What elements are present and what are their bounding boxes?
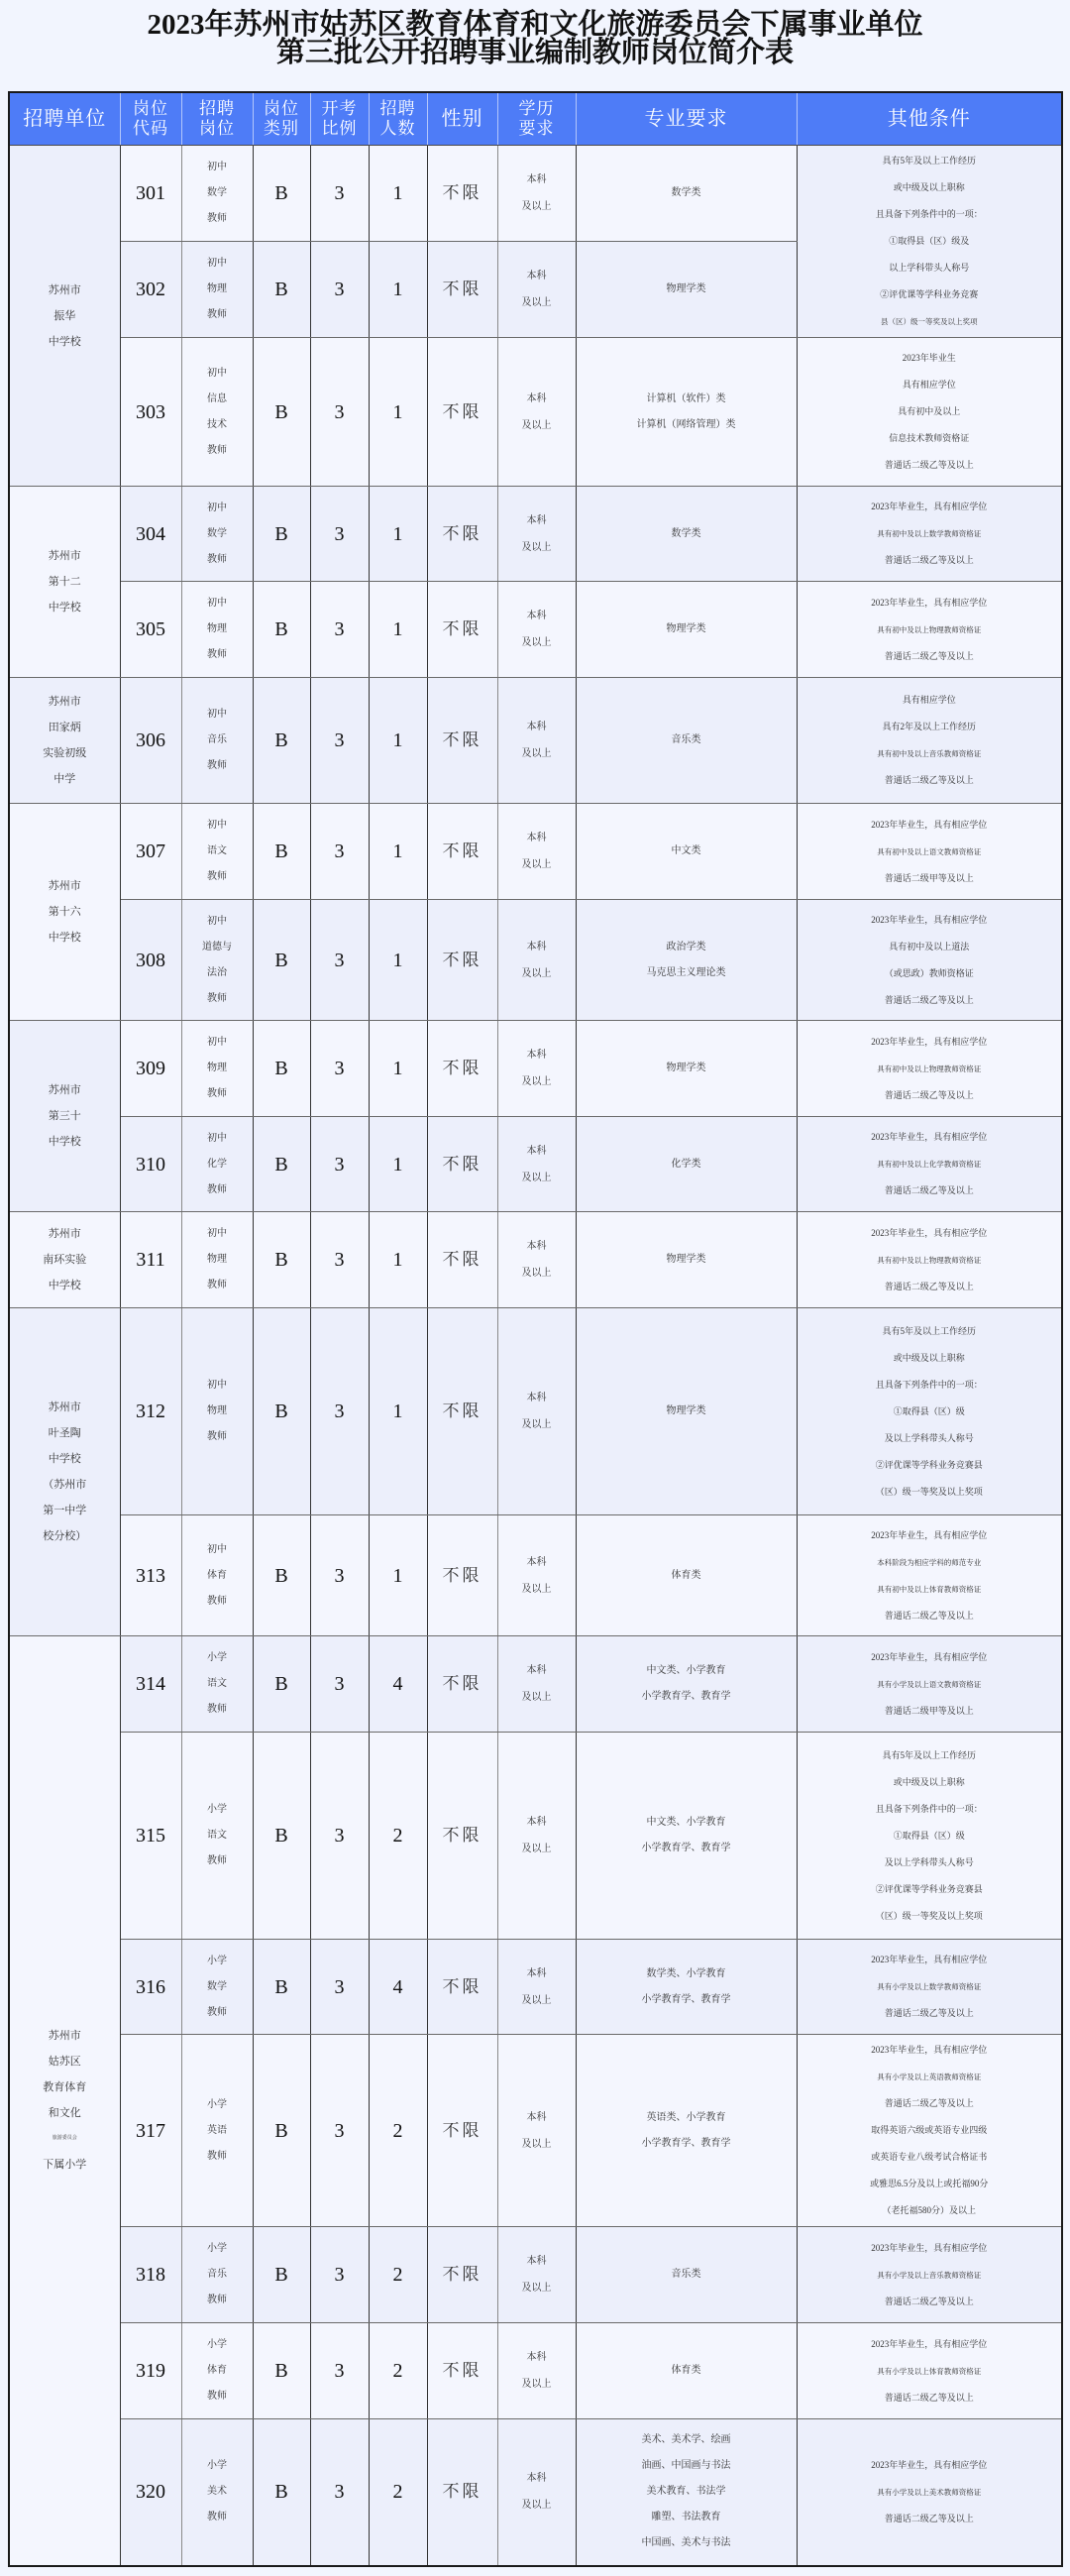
hire-count-cell: 1: [369, 1515, 427, 1636]
post-name-line: 小学: [182, 2092, 253, 2118]
post-code-cell: 312: [120, 1308, 181, 1515]
unit-name-line: 振华: [10, 303, 120, 329]
post-category-cell: B: [253, 2227, 310, 2323]
gender-cell: 不限: [427, 1212, 497, 1308]
exam-ratio-cell: 3: [310, 1117, 369, 1212]
major-line: 物理学类: [577, 277, 797, 302]
gender-cell: 不限: [427, 338, 497, 487]
post-name-cell: 小学语文教师: [181, 1733, 253, 1940]
header-unit: 招聘单位: [9, 92, 120, 146]
hire-count-cell: 1: [369, 1117, 427, 1212]
major-line: 音乐类: [577, 2262, 797, 2288]
post-name-line: 初中: [182, 1221, 253, 1247]
unit-name-line: （苏州市: [10, 1472, 120, 1498]
post-code-cell: 310: [120, 1117, 181, 1212]
post-category-cell: B: [253, 2035, 310, 2227]
hire-count-cell: 1: [369, 1021, 427, 1117]
condition-line: （区）级一等奖及以上奖项: [798, 1479, 1062, 1506]
other-conditions-cell: 2023年毕业生，具有相应学位具有初中及以上物理教师资格证普通话二级乙等及以上: [797, 582, 1062, 678]
education-cell: 本科及以上: [497, 338, 576, 487]
condition-line: ②评优课等学科业务竞赛县: [798, 1452, 1062, 1479]
post-name-line: 初中: [182, 591, 253, 616]
condition-line: 具有相应学位: [798, 372, 1062, 398]
major-cell: 体育类: [576, 2323, 797, 2419]
header-label: 学历: [498, 99, 576, 119]
condition-line: 普通话二级甲等及以上: [798, 865, 1062, 892]
major-cell: 物理学类: [576, 1021, 797, 1117]
condition-line: 及以上学科带头人称号: [798, 1425, 1062, 1452]
education-line: 本科: [498, 2465, 576, 2492]
condition-line: 具有初中及以上数学教师资格证: [798, 520, 1062, 547]
gender-cell: 不限: [427, 2227, 497, 2323]
major-cell: 物理学类: [576, 242, 797, 338]
condition-line: 普通话二级乙等及以上: [798, 547, 1062, 574]
post-name-line: 教师: [182, 1589, 253, 1615]
major-line: 体育类: [577, 2358, 797, 2384]
condition-line: 普通话二级乙等及以上: [798, 2506, 1062, 2532]
hire-count-cell: 4: [369, 1636, 427, 1733]
post-name-cell: 小学美术教师: [181, 2419, 253, 2566]
unit-name-line: 苏州市: [10, 689, 120, 715]
table-row: 苏州市第三十中学校309初中物理教师B31不限本科及以上物理学类2023年毕业生…: [9, 1021, 1062, 1117]
condition-line: ①取得县（区）级及: [798, 228, 1062, 255]
condition-line: 2023年毕业生，具有相应学位: [798, 590, 1062, 616]
education-cell: 本科及以上: [497, 146, 576, 242]
recruiting-unit-cell: 苏州市田家炳实验初级中学: [9, 678, 120, 804]
other-conditions-cell: 2023年毕业生，具有相应学位具有小学及以上语文教师资格证普通话二级甲等及以上: [797, 1636, 1062, 1733]
condition-line: 具有5年及以上工作经历: [798, 148, 1062, 174]
education-cell: 本科及以上: [497, 2419, 576, 2566]
gender-cell: 不限: [427, 1733, 497, 1940]
condition-line: 2023年毕业生，具有相应学位: [798, 1029, 1062, 1056]
post-name-line: 信息: [182, 387, 253, 412]
post-category-cell: B: [253, 1021, 310, 1117]
condition-line: （老托福580分）及以上: [798, 2197, 1062, 2224]
post-category-cell: B: [253, 582, 310, 678]
condition-line: 普通话二级甲等及以上: [798, 1698, 1062, 1725]
gender-cell: 不限: [427, 1021, 497, 1117]
condition-line: 取得英语六级或英语专业四级: [798, 2117, 1062, 2144]
post-code-cell: 314: [120, 1636, 181, 1733]
hire-count-cell: 1: [369, 1308, 427, 1515]
header-label: 其他条件: [798, 109, 1062, 129]
post-name-line: 教师: [182, 1424, 253, 1450]
major-line: 数学类、小学教育: [577, 1961, 797, 1987]
education-line: 及以上: [498, 193, 576, 220]
table-row: 苏州市第十二中学校304初中数学教师B31不限本科及以上数学类2023年毕业生，…: [9, 487, 1062, 582]
condition-line: 2023年毕业生: [798, 345, 1062, 372]
gender-cell: 不限: [427, 146, 497, 242]
exam-ratio-cell: 3: [310, 1515, 369, 1636]
table-row: 315小学语文教师B32不限本科及以上中文类、小学教育小学教育学、教育学具有5年…: [9, 1733, 1062, 1940]
other-conditions-cell: 2023年毕业生，具有相应学位具有小学及以上体育教师资格证普通话二级乙等及以上: [797, 2323, 1062, 2419]
unit-name-line: 中学校: [10, 1446, 120, 1472]
post-name-line: 初中: [182, 702, 253, 728]
education-line: 及以上: [498, 1576, 576, 1603]
education-line: 本科: [498, 1042, 576, 1068]
condition-line: 具有初中及以上体育教师资格证: [798, 1576, 1062, 1603]
post-name-cell: 小学数学教师: [181, 1940, 253, 2035]
education-line: 本科: [498, 507, 576, 534]
post-name-line: 教师: [182, 1848, 253, 1874]
header-ratio: 开考比例: [310, 92, 369, 146]
table-row: 320小学美术教师B32不限本科及以上美术、美术学、绘画油画、中国画与书法美术教…: [9, 2419, 1062, 2566]
major-cell: 数学类: [576, 146, 797, 242]
major-line: 中文类、小学教育: [577, 1658, 797, 1684]
education-cell: 本科及以上: [497, 1636, 576, 1733]
post-name-line: 初中: [182, 1030, 253, 1056]
hire-count-cell: 2: [369, 2035, 427, 2227]
exam-ratio-cell: 3: [310, 1940, 369, 2035]
major-cell: 物理学类: [576, 1308, 797, 1515]
education-line: 及以上: [498, 1684, 576, 1711]
table-header: 招聘单位 岗位代码 招聘岗位 岗位类别 开考比例 招聘人数 性别 学历要求 专业…: [9, 92, 1062, 146]
exam-ratio-cell: 3: [310, 146, 369, 242]
unit-name-line: 南环实验: [10, 1247, 120, 1273]
other-conditions-cell: 2023年毕业生，具有相应学位具有小学及以上音乐教师资格证普通话二级乙等及以上: [797, 2227, 1062, 2323]
education-line: 及以上: [498, 534, 576, 561]
unit-name-line: 旅游委员会: [10, 2126, 120, 2152]
post-category-cell: B: [253, 900, 310, 1021]
condition-line: 2023年毕业生，具有相应学位: [798, 2331, 1062, 2358]
condition-line: 2023年毕业生，具有相应学位: [798, 1522, 1062, 1549]
header-label: 性别: [428, 109, 497, 129]
exam-ratio-cell: 3: [310, 900, 369, 1021]
unit-name-line: 中学: [10, 766, 120, 792]
post-category-cell: B: [253, 1515, 310, 1636]
post-name-line: 教师: [182, 438, 253, 464]
education-line: 及以上: [498, 629, 576, 656]
post-name-line: 教师: [182, 2288, 253, 2313]
post-name-line: 教师: [182, 2384, 253, 2409]
post-name-line: 物理: [182, 1399, 253, 1424]
post-code-cell: 317: [120, 2035, 181, 2227]
major-line: 中文类: [577, 839, 797, 864]
condition-line: 或英语专业八级考试合格证书: [798, 2144, 1062, 2171]
major-line: 美术、美术学、绘画: [577, 2427, 797, 2453]
major-cell: 中文类、小学教育小学教育学、教育学: [576, 1733, 797, 1940]
header-label: 岗位: [182, 119, 253, 139]
gender-cell: 不限: [427, 2323, 497, 2419]
post-code-cell: 309: [120, 1021, 181, 1117]
post-name-line: 体育: [182, 2358, 253, 2384]
post-name-cell: 初中化学教师: [181, 1117, 253, 1212]
condition-line: 具有初中及以上: [798, 398, 1062, 425]
condition-line: 普通话二级乙等及以上: [798, 643, 1062, 670]
post-name-line: 教师: [182, 1177, 253, 1203]
major-cell: 物理学类: [576, 582, 797, 678]
other-conditions-cell: 2023年毕业生，具有相应学位本科阶段为相应学科的师范专业具有初中及以上体育教师…: [797, 1515, 1062, 1636]
education-cell: 本科及以上: [497, 900, 576, 1021]
table-row: 308初中道德与法治教师B31不限本科及以上政治学类马克思主义理论类2023年毕…: [9, 900, 1062, 1021]
post-name-line: 初中: [182, 1126, 253, 1152]
gender-cell: 不限: [427, 1515, 497, 1636]
unit-name-line: 教育体育: [10, 2074, 120, 2100]
exam-ratio-cell: 3: [310, 2035, 369, 2227]
education-line: 及以上: [498, 1165, 576, 1191]
post-category-cell: B: [253, 1940, 310, 2035]
recruiting-unit-cell: 苏州市第十二中学校: [9, 487, 120, 678]
post-name-line: 音乐: [182, 728, 253, 753]
post-code-cell: 308: [120, 900, 181, 1021]
post-name-line: 教师: [182, 986, 253, 1012]
other-conditions-cell: 2023年毕业生，具有相应学位具有初中及以上数学教师资格证普通话二级乙等及以上: [797, 487, 1062, 582]
post-name-line: 教师: [182, 642, 253, 668]
other-conditions-cell: 具有5年及以上工作经历或中级及以上职称且具备下列条件中的一项：①取得县（区）级及…: [797, 1308, 1062, 1515]
gender-cell: 不限: [427, 242, 497, 338]
post-name-line: 物理: [182, 1056, 253, 1081]
post-category-cell: B: [253, 1636, 310, 1733]
table-row: 317小学英语教师B32不限本科及以上英语类、小学教育小学教育学、教育学2023…: [9, 2035, 1062, 2227]
recruiting-unit-cell: 苏州市第十六中学校: [9, 804, 120, 1021]
exam-ratio-cell: 3: [310, 678, 369, 804]
other-conditions-cell: 2023年毕业生，具有相应学位具有初中及以上物理教师资格证普通话二级乙等及以上: [797, 1021, 1062, 1117]
major-line: 美术教育、书法学: [577, 2479, 797, 2505]
header-category: 岗位类别: [253, 92, 310, 146]
post-category-cell: B: [253, 146, 310, 242]
condition-line: 具有初中及以上音乐教师资格证: [798, 740, 1062, 767]
condition-line: 具有初中及以上语文教师资格证: [798, 839, 1062, 865]
major-line: 中国画、美术与书法: [577, 2530, 797, 2556]
header-label: 岗位: [121, 99, 181, 119]
condition-line: 普通话二级乙等及以上: [798, 1082, 1062, 1109]
header-label: 专业要求: [577, 109, 797, 129]
post-name-line: 语文: [182, 1823, 253, 1848]
post-code-cell: 316: [120, 1940, 181, 2035]
header-label: 代码: [121, 119, 181, 139]
post-name-line: 英语: [182, 2118, 253, 2144]
condition-line: 2023年毕业生，具有相应学位: [798, 1947, 1062, 1973]
hire-count-cell: 1: [369, 1212, 427, 1308]
major-line: 小学教育学、教育学: [577, 1836, 797, 1861]
condition-line: 2023年毕业生，具有相应学位: [798, 2452, 1062, 2479]
major-line: 雕塑、书法教育: [577, 2505, 797, 2530]
post-category-cell: B: [253, 1733, 310, 1940]
condition-line: 以上学科带头人称号: [798, 255, 1062, 281]
unit-name-line: 苏州市: [10, 2023, 120, 2049]
condition-line: 或中级及以上职称: [798, 1345, 1062, 1372]
post-name-line: 小学: [182, 1949, 253, 1974]
education-cell: 本科及以上: [497, 2227, 576, 2323]
condition-line: （或思政）教师资格证: [798, 960, 1062, 987]
unit-name-line: 第一中学: [10, 1498, 120, 1523]
table-row: 苏州市叶圣陶中学校（苏州市第一中学校分校）312初中物理教师B31不限本科及以上…: [9, 1308, 1062, 1515]
condition-line: 或中级及以上职称: [798, 1769, 1062, 1796]
table-body: 苏州市振华中学校301初中数学教师B31不限本科及以上数学类具有5年及以上工作经…: [9, 146, 1062, 2566]
recruiting-unit-cell: 苏州市姑苏区教育体育和文化旅游委员会下属小学: [9, 1636, 120, 2566]
post-name-line: 音乐: [182, 2262, 253, 2288]
education-line: 及以上: [498, 851, 576, 878]
exam-ratio-cell: 3: [310, 242, 369, 338]
major-cell: 数学类、小学教育小学教育学、教育学: [576, 1940, 797, 2035]
post-name-line: 初中: [182, 1373, 253, 1399]
other-conditions-cell: 2023年毕业生，具有相应学位具有初中及以上化学教师资格证普通话二级乙等及以上: [797, 1117, 1062, 1212]
education-line: 及以上: [498, 740, 576, 767]
gender-cell: 不限: [427, 678, 497, 804]
major-line: 计算机（软件）类: [577, 387, 797, 412]
education-line: 本科: [498, 1385, 576, 1411]
hire-count-cell: 4: [369, 1940, 427, 2035]
post-category-cell: B: [253, 338, 310, 487]
condition-line: 具有初中及以上物理教师资格证: [798, 1056, 1062, 1082]
unit-name-line: 第三十: [10, 1103, 120, 1129]
header-label: 人数: [370, 119, 427, 139]
education-cell: 本科及以上: [497, 582, 576, 678]
post-code-cell: 303: [120, 338, 181, 487]
post-name-line: 小学: [182, 2332, 253, 2358]
condition-line: 普通话二级乙等及以上: [798, 767, 1062, 794]
education-line: 及以上: [498, 412, 576, 439]
unit-name-line: 校分校）: [10, 1523, 120, 1549]
post-code-cell: 305: [120, 582, 181, 678]
exam-ratio-cell: 3: [310, 338, 369, 487]
gender-cell: 不限: [427, 2419, 497, 2566]
condition-line: 或中级及以上职称: [798, 174, 1062, 201]
hire-count-cell: 1: [369, 487, 427, 582]
post-name-line: 美术: [182, 2479, 253, 2505]
post-code-cell: 306: [120, 678, 181, 804]
condition-line: 且具备下列条件中的一项：: [798, 201, 1062, 228]
major-cell: 政治学类马克思主义理论类: [576, 900, 797, 1021]
post-name-line: 物理: [182, 1247, 253, 1273]
major-line: 政治学类: [577, 935, 797, 960]
table-row: 苏州市姑苏区教育体育和文化旅游委员会下属小学314小学语文教师B34不限本科及以…: [9, 1636, 1062, 1733]
table-row: 305初中物理教师B31不限本科及以上物理学类2023年毕业生，具有相应学位具有…: [9, 582, 1062, 678]
post-code-cell: 319: [120, 2323, 181, 2419]
post-name-cell: 初中语文教师: [181, 804, 253, 900]
header-post: 招聘岗位: [181, 92, 253, 146]
post-code-cell: 302: [120, 242, 181, 338]
table-row: 303初中信息技术教师B31不限本科及以上计算机（软件）类计算机（网络管理）类2…: [9, 338, 1062, 487]
hire-count-cell: 1: [369, 804, 427, 900]
major-cell: 物理学类: [576, 1212, 797, 1308]
gender-cell: 不限: [427, 1940, 497, 2035]
condition-line: 普通话二级乙等及以上: [798, 2000, 1062, 2027]
major-line: 物理学类: [577, 1247, 797, 1273]
post-name-cell: 初中物理教师: [181, 582, 253, 678]
hire-count-cell: 1: [369, 242, 427, 338]
post-category-cell: B: [253, 1212, 310, 1308]
header-education: 学历要求: [497, 92, 576, 146]
condition-line: 具有初中及以上化学教师资格证: [798, 1151, 1062, 1177]
other-conditions-cell: 具有5年及以上工作经历或中级及以上职称且具备下列条件中的一项：①取得县（区）级及…: [797, 146, 1062, 338]
post-category-cell: B: [253, 1117, 310, 1212]
table-row: 苏州市田家炳实验初级中学306初中音乐教师B31不限本科及以上音乐类具有相应学位…: [9, 678, 1062, 804]
education-line: 及以上: [498, 2275, 576, 2301]
hire-count-cell: 1: [369, 678, 427, 804]
education-cell: 本科及以上: [497, 1021, 576, 1117]
hire-count-cell: 2: [369, 2323, 427, 2419]
education-cell: 本科及以上: [497, 1733, 576, 1940]
education-cell: 本科及以上: [497, 2323, 576, 2419]
major-line: 物理学类: [577, 616, 797, 642]
education-line: 及以上: [498, 1411, 576, 1438]
condition-line: 2023年毕业生，具有相应学位: [798, 1220, 1062, 1247]
post-name-cell: 小学体育教师: [181, 2323, 253, 2419]
major-line: 马克思主义理论类: [577, 960, 797, 986]
exam-ratio-cell: 3: [310, 1733, 369, 1940]
major-line: 英语类、小学教育: [577, 2105, 797, 2131]
post-name-cell: 小学英语教师: [181, 2035, 253, 2227]
header-row: 招聘单位 岗位代码 招聘岗位 岗位类别 开考比例 招聘人数 性别 学历要求 专业…: [9, 92, 1062, 146]
post-name-cell: 初中信息技术教师: [181, 338, 253, 487]
other-conditions-cell: 2023年毕业生，具有相应学位具有初中及以上物理教师资格证普通话二级乙等及以上: [797, 1212, 1062, 1308]
post-name-line: 数学: [182, 1974, 253, 2000]
education-line: 本科: [498, 1960, 576, 1987]
unit-name-line: 中学校: [10, 1273, 120, 1298]
header-post-code: 岗位代码: [120, 92, 181, 146]
education-line: 本科: [498, 1809, 576, 1836]
education-line: 本科: [498, 1233, 576, 1260]
education-line: 本科: [498, 2104, 576, 2131]
post-category-cell: B: [253, 804, 310, 900]
unit-name-line: 田家炳: [10, 715, 120, 740]
post-name-line: 小学: [182, 1797, 253, 1823]
major-line: 数学类: [577, 521, 797, 547]
header-label: 比例: [311, 119, 369, 139]
post-code-cell: 301: [120, 146, 181, 242]
post-name-cell: 初中物理教师: [181, 1021, 253, 1117]
unit-name-line: 苏州市: [10, 1395, 120, 1420]
condition-line: 普通话二级乙等及以上: [798, 1603, 1062, 1629]
condition-line: 普通话二级乙等及以上: [798, 987, 1062, 1014]
unit-name-line: 第十二: [10, 569, 120, 595]
condition-line: ①取得县（区）级: [798, 1399, 1062, 1425]
post-name-cell: 小学音乐教师: [181, 2227, 253, 2323]
major-cell: 体育类: [576, 1515, 797, 1636]
table-row: 苏州市振华中学校301初中数学教师B31不限本科及以上数学类具有5年及以上工作经…: [9, 146, 1062, 242]
education-cell: 本科及以上: [497, 242, 576, 338]
condition-line: 且具备下列条件中的一项：: [798, 1372, 1062, 1399]
unit-name-line: 苏州市: [10, 543, 120, 569]
education-cell: 本科及以上: [497, 1308, 576, 1515]
condition-line: （区）级一等奖及以上奖项: [798, 1903, 1062, 1930]
post-name-line: 小学: [182, 2236, 253, 2262]
exam-ratio-cell: 3: [310, 804, 369, 900]
condition-line: 2023年毕业生，具有相应学位: [798, 1124, 1062, 1151]
gender-cell: 不限: [427, 900, 497, 1021]
condition-line: 或雅思6.5分及以上或托福90分: [798, 2171, 1062, 2197]
header-label: 要求: [498, 119, 576, 139]
post-name-line: 教师: [182, 547, 253, 573]
condition-line: 具有初中及以上物理教师资格证: [798, 616, 1062, 643]
post-name-line: 语文: [182, 1671, 253, 1697]
condition-line: 具有小学及以上美术教师资格证: [798, 2479, 1062, 2506]
major-cell: 美术、美术学、绘画油画、中国画与书法美术教育、书法学雕塑、书法教育中国画、美术与…: [576, 2419, 797, 2566]
post-name-line: 教师: [182, 206, 253, 232]
exam-ratio-cell: 3: [310, 2323, 369, 2419]
post-name-line: 教师: [182, 1273, 253, 1298]
gender-cell: 不限: [427, 487, 497, 582]
condition-line: 具有小学及以上语文教师资格证: [798, 1671, 1062, 1698]
hire-count-cell: 1: [369, 338, 427, 487]
major-line: 计算机（网络管理）类: [577, 412, 797, 438]
other-conditions-cell: 2023年毕业生，具有相应学位具有小学及以上美术教师资格证普通话二级乙等及以上: [797, 2419, 1062, 2566]
header-other-conditions: 其他条件: [797, 92, 1062, 146]
other-conditions-cell: 2023年毕业生，具有相应学位具有初中及以上道法（或思政）教师资格证普通话二级乙…: [797, 900, 1062, 1021]
condition-line: 具有5年及以上工作经历: [798, 1742, 1062, 1769]
major-cell: 中文类、小学教育小学教育学、教育学: [576, 1636, 797, 1733]
education-cell: 本科及以上: [497, 1940, 576, 2035]
education-cell: 本科及以上: [497, 487, 576, 582]
post-code-cell: 311: [120, 1212, 181, 1308]
recruiting-unit-cell: 苏州市南环实验中学校: [9, 1212, 120, 1308]
major-cell: 英语类、小学教育小学教育学、教育学: [576, 2035, 797, 2227]
education-cell: 本科及以上: [497, 1212, 576, 1308]
gender-cell: 不限: [427, 1636, 497, 1733]
post-name-line: 小学: [182, 2453, 253, 2479]
post-code-cell: 304: [120, 487, 181, 582]
